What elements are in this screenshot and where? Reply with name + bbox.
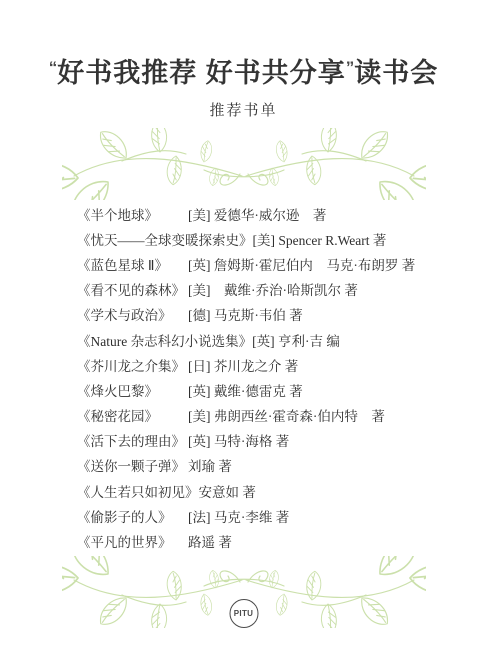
book-author: [德] 马克斯·韦伯 著 [188, 304, 303, 324]
page-title-suffix: 读书会 [354, 58, 438, 88]
book-row: 《平凡的世界》 路遥 著 [77, 528, 487, 553]
book-title: 《烽火巴黎》 [77, 380, 188, 400]
book-title: 《蓝色星球 Ⅱ》 [77, 254, 188, 274]
book-author: [英] 戴维·德雷克 著 [188, 380, 303, 400]
page-title: “好书我推荐 好书共分享”读书会 [0, 0, 487, 92]
book-author: [英] 詹姆斯·霍尼伯内 马克·布朗罗 著 [188, 254, 415, 274]
book-row: 《人生若只如初见》 安意如 著 [77, 478, 487, 503]
book-row: 《看不见的森林》 [美] 戴维·乔治·哈斯凯尔 著 [77, 277, 487, 302]
book-title: 《Nature 杂志科幻小说选集》 [77, 330, 252, 350]
book-list: 《半个地球》 [美] 爱德华·威尔逊 著 《忧天——全球变暖探索史》 [美] S… [0, 201, 487, 554]
book-author: [美] 戴维·乔治·哈斯凯尔 著 [188, 279, 358, 299]
book-title: 《活下去的理由》 [77, 430, 188, 450]
book-row: 《Nature 杂志科幻小说选集》 [英] 亨利·吉 编 [77, 327, 487, 352]
page-title-main: 好书我推荐 好书共分享 [57, 58, 346, 88]
book-author: [美] 弗朗西丝·霍奇森·伯内特 著 [188, 405, 385, 425]
book-author: [法] 马克·李维 著 [188, 506, 289, 526]
book-author: 刘瑜 著 [188, 455, 232, 475]
leaf-branch-divider-top [62, 128, 426, 200]
book-row: 《送你一颗子弹》 刘瑜 著 [77, 453, 487, 478]
book-title: 《偷影子的人》 [77, 506, 188, 526]
book-row: 《烽火巴黎》 [英] 戴维·德雷克 著 [77, 377, 487, 402]
book-author: [英] 亨利·吉 编 [252, 330, 340, 350]
book-author: [美] Spencer R.Weart 著 [253, 229, 387, 249]
book-row: 《蓝色星球 Ⅱ》 [英] 詹姆斯·霍尼伯内 马克·布朗罗 著 [77, 251, 487, 276]
book-row: 《忧天——全球变暖探索史》 [美] Spencer R.Weart 著 [77, 226, 487, 251]
book-row: 《偷影子的人》 [法] 马克·李维 著 [77, 503, 487, 528]
page-subtitle: 推荐书单 [0, 99, 487, 120]
poster-page: “好书我推荐 好书共分享”读书会 推荐书单 [0, 0, 487, 650]
close-quote: ” [346, 58, 355, 77]
book-title: 《看不见的森林》 [77, 279, 188, 299]
book-title: 《芥川龙之介集》 [77, 355, 188, 375]
book-title: 《学术与政治》 [77, 304, 188, 324]
book-row: 《半个地球》 [美] 爱德华·威尔逊 著 [77, 201, 487, 226]
book-author: [日] 芥川龙之介 著 [188, 355, 298, 375]
book-author: [美] 爱德华·威尔逊 著 [188, 204, 326, 224]
pitu-watermark-badge: PITU [229, 599, 258, 628]
book-row: 《学术与政治》 [德] 马克斯·韦伯 著 [77, 302, 487, 327]
book-row: 《芥川龙之介集》 [日] 芥川龙之介 著 [77, 352, 487, 377]
book-title: 《秘密花园》 [77, 405, 188, 425]
book-row: 《秘密花园》 [美] 弗朗西丝·霍奇森·伯内特 著 [77, 403, 487, 428]
open-quote: “ [49, 58, 58, 77]
book-title: 《人生若只如初见》 [77, 481, 199, 501]
book-row: 《活下去的理由》 [英] 马特·海格 著 [77, 428, 487, 453]
book-title: 《平凡的世界》 [77, 531, 188, 551]
book-author: 安意如 著 [199, 481, 256, 501]
book-author: 路遥 著 [188, 531, 232, 551]
pitu-watermark-label: PITU [234, 609, 253, 618]
book-title: 《送你一颗子弹》 [77, 455, 188, 475]
book-title: 《半个地球》 [77, 204, 188, 224]
book-title: 《忧天——全球变暖探索史》 [77, 229, 253, 249]
book-author: [英] 马特·海格 著 [188, 430, 289, 450]
